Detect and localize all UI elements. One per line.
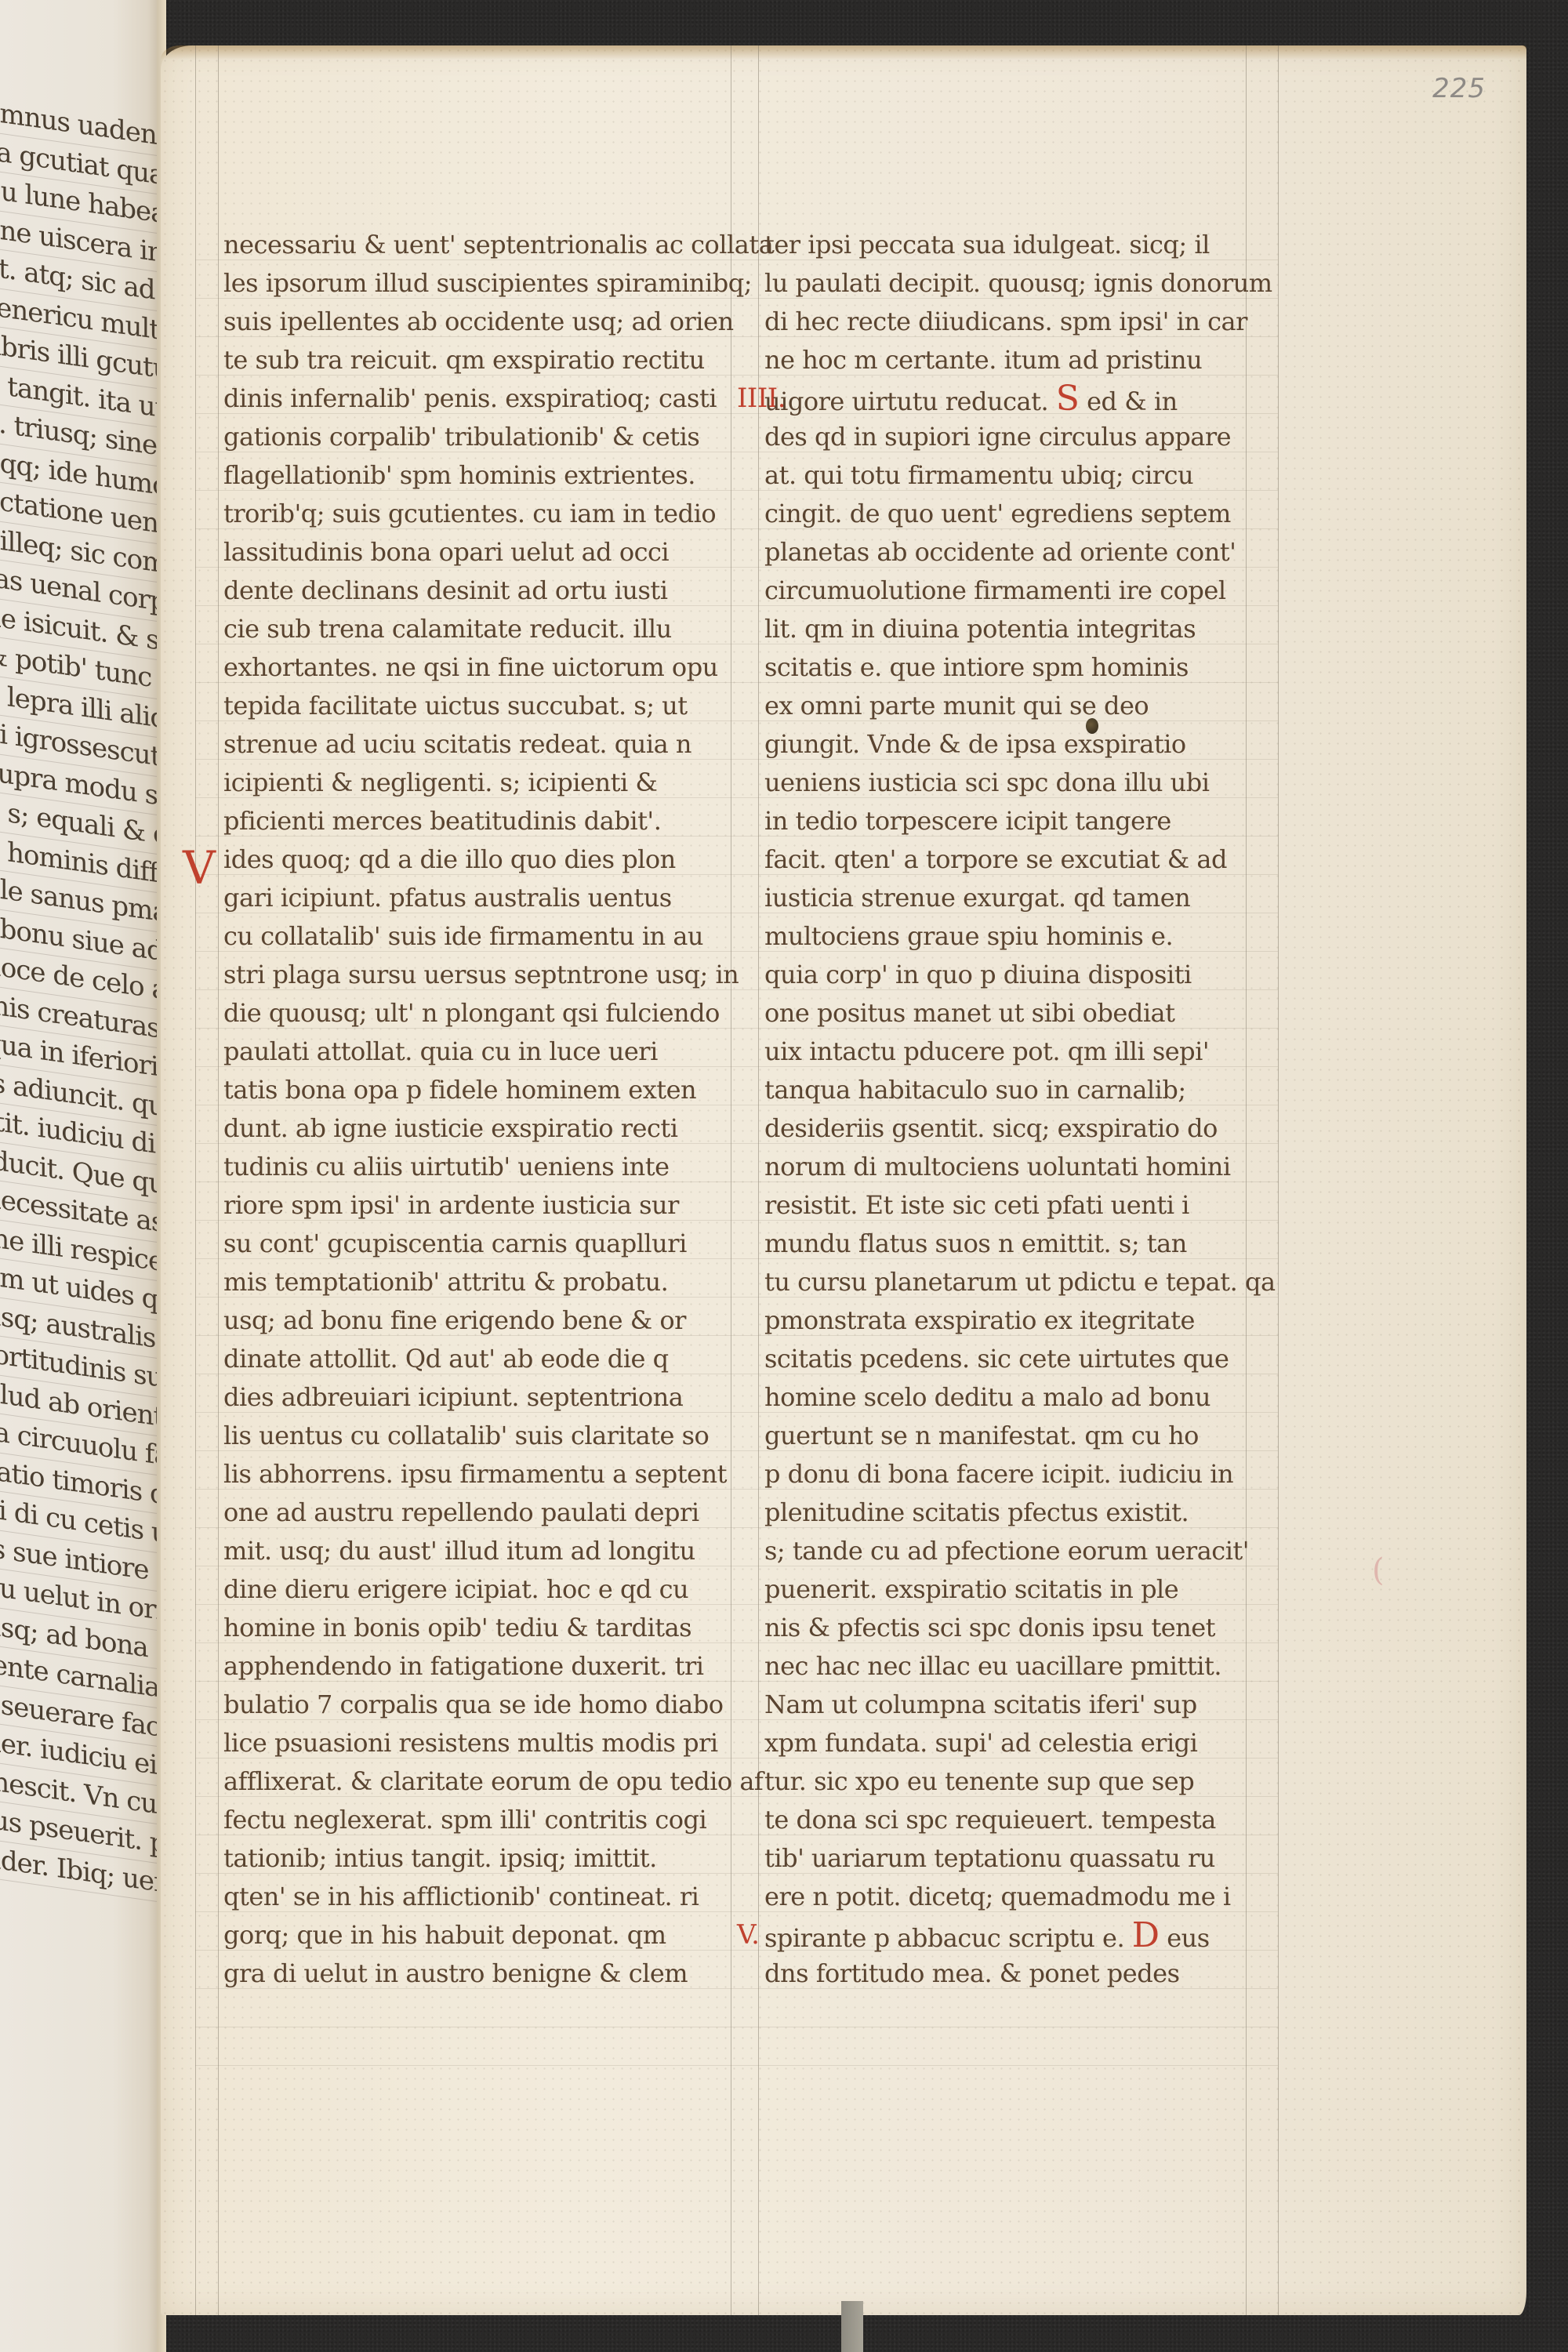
text-line: paulati attollat. quia cu in luce ueri [223,1033,725,1071]
text-line: nis & pfectis sci spc donis ipsu tenet [764,1609,1274,1647]
text-column-right: ter ipsi peccata sua idulgeat. sicq; ill… [764,226,1274,1993]
line-text: dns fortitudo mea. & ponet pedes [764,1958,1180,1988]
text-line: dine dieru erigere icipiat. hoc e qd cu [223,1570,725,1609]
text-line: trorib'q; suis gcutientes. cu iam in ted… [223,495,725,533]
line-text: ex omni parte munit qui se deo [764,691,1149,720]
line-text: mundu flatus suos n emittit. s; tan [764,1229,1187,1258]
text-line: Nam ut columpna scitatis iferi' sup [764,1686,1274,1724]
line-text: tatis bona opa p fidele hominem exten [223,1075,696,1105]
text-line: qten' se in his afflictionib' contineat.… [223,1878,725,1916]
text-line: lit. qm in diuina potentia integritas [764,610,1274,648]
text-line: scitatis e. que intiore spm hominis [764,648,1274,687]
line-text: at. qui totu firmamentu ubiq; circu [764,460,1193,490]
text-line: fectu neglexerat. spm illi' contritis co… [223,1801,725,1839]
text-line: lassitudinis bona opari uelut ad occi [223,533,725,572]
line-text: pmonstrata exspiratio ex itegritate [764,1305,1195,1335]
line-text: plenitudine scitatis pfectus existit. [764,1497,1189,1527]
text-line: tudinis cu aliis uirtutib' ueniens inte [223,1148,725,1186]
text-line: tib' uariarum teptationu quassatu ru [764,1839,1274,1878]
line-text: xpm fundata. supi' ad celestia erigi [764,1728,1197,1758]
text-line: quia corp' in quo p diuina dispositi [764,956,1274,994]
text-line: one positus manet ut sibi obediat [764,994,1274,1033]
line-text: quia corp' in quo p diuina dispositi [764,960,1192,989]
ruling-line [731,45,731,2315]
text-line: dinis infernalib' penis. exspiratioq; ca… [223,379,725,418]
ruling-line [195,2065,1278,2066]
line-text: one positus manet ut sibi obediat [764,998,1174,1028]
text-line: planetas ab occidente ad oriente cont' [764,533,1274,572]
line-text: trorib'q; suis gcutientes. cu iam in ted… [223,499,716,528]
initial-continuation: eus [1160,1923,1210,1953]
line-text: des qd in supiori igne circulus appare [764,422,1231,452]
text-line: ter ipsi peccata sua idulgeat. sicq; il [764,226,1274,264]
text-line: cie sub trena calamitate reducit. illu [223,610,725,648]
line-text: tanqua habitaculo suo in carnalib; [764,1075,1186,1105]
text-line: ne hoc m certante. itum ad pristinu [764,341,1274,379]
line-text: spirante p abbacuc scriptu e. [764,1923,1124,1953]
text-line: spirante p abbacuc scriptu e. D eus [764,1916,1274,1955]
line-text: mis temptationib' attritu & probatu. [223,1267,668,1297]
line-text: su cont' gcupiscentia carnis quaplluri [223,1229,687,1258]
line-text: strenue ad uciu scitatis redeat. quia n [223,729,691,759]
line-text: scitatis e. que intiore spm hominis [764,652,1189,682]
rubric-chapter-number: V. [737,1916,759,1955]
line-text: lit. qm in diuina potentia integritas [764,614,1196,644]
text-column-left: V necessariu & uent' septentrionalis ac … [223,226,725,1993]
line-text: dunt. ab igne iusticie exspiratio recti [223,1113,677,1143]
text-line: te sub tra reicuit. qm exspiratio rectit… [223,341,725,379]
line-text: lis uentus cu collatalib' suis claritate… [223,1421,709,1450]
text-line: flagellationib' spm hominis extrientes. [223,456,725,495]
text-line: afflixerat. & claritate eorum de opu ted… [223,1762,725,1801]
text-line: te dona sci spc requieuert. tempesta [764,1801,1274,1839]
line-text: te sub tra reicuit. qm exspiratio rectit… [223,345,705,375]
line-text: tationib; intius tangit. ipsiq; imittit. [223,1843,657,1873]
text-line: resistit. Et iste sic ceti pfati uenti i [764,1186,1274,1225]
line-text: tu cursu planetarum ut pdictu e tepat. q… [764,1267,1276,1297]
line-text: ne hoc m certante. itum ad pristinu [764,345,1202,375]
line-text: Nam ut columpna scitatis iferi' sup [764,1690,1197,1719]
line-text: tepida facilitate uictus succubat. s; ut [223,691,688,720]
line-text: mit. usq; du aust' illud itum ad longitu [223,1536,695,1566]
line-text: dine dieru erigere icipiat. hoc e qd cu [223,1574,688,1604]
line-text: gari icipiunt. pfatus australis uentus [223,883,672,913]
line-text: les ipsorum illud suscipientes spiramini… [223,268,752,298]
text-line: necessariu & uent' septentrionalis ac co… [223,226,725,264]
text-line: mis temptationib' attritu & probatu. [223,1263,725,1301]
line-text: circumuolutione firmamenti ire copel [764,575,1226,605]
ruling-line [218,45,219,2315]
text-line: giungit. Vnde & de ipsa exspiratio [764,725,1274,764]
text-line: suis ipellentes ab occidente usq; ad ori… [223,303,725,341]
line-text: one ad austru repellendo paulati depri [223,1497,699,1527]
ruling-line [195,2027,1278,2027]
text-line: gorq; que in his habuit deponat. qmV. [223,1916,725,1955]
text-line: cu collatalib' suis ide firmamentu in au [223,917,725,956]
text-line: cingit. de quo uent' egrediens septem [764,495,1274,533]
faint-red-mark: ( [1372,1552,1385,1588]
text-line: plenitudine scitatis pfectus existit. [764,1494,1274,1532]
text-line: usq; ad bonu fine erigendo bene & or [223,1301,725,1340]
line-text: tudinis cu aliis uirtutib' ueniens inte [223,1152,670,1181]
text-line: die quousq; ult' n plongant qsi fulciend… [223,994,725,1033]
line-text: ides quoq; qd a die illo quo dies plon [223,844,676,874]
line-text: necessariu & uent' septentrionalis ac co… [223,230,773,260]
text-line: tationib; intius tangit. ipsiq; imittit. [223,1839,725,1878]
line-text: gorq; que in his habuit deponat. qm [223,1920,666,1950]
line-text: homine in bonis opib' tediu & tarditas [223,1613,691,1642]
text-line: dies adbreuiari icipiunt. septentriona [223,1378,725,1417]
text-line: dinate attollit. Qd aut' ab eode die q [223,1340,725,1378]
line-text: cu collatalib' suis ide firmamentu in au [223,921,703,951]
text-line: apphendendo in fatigatione duxerit. tri [223,1647,725,1686]
text-line: at. qui totu firmamentu ubiq; circu [764,456,1274,495]
text-line: xpm fundata. supi' ad celestia erigi [764,1724,1274,1762]
recto-page: 225 V necessariu & uent' septentrionalis… [161,45,1526,2315]
line-text: s; tande cu ad pfectione eorum ueracit' [764,1536,1249,1566]
line-text: gationis corpalib' tribulationib' & ceti… [223,422,699,452]
initial-continuation: ed & in [1079,387,1177,416]
line-text: uigore uirtutu reducat. [764,387,1048,416]
text-line: guertunt se n manifestat. qm cu ho [764,1417,1274,1455]
line-text: guertunt se n manifestat. qm cu ho [764,1421,1199,1450]
line-text: usq; ad bonu fine erigendo bene & or [223,1305,686,1335]
text-line: tanqua habitaculo suo in carnalib; [764,1071,1274,1109]
text-line: riore spm ipsi' in ardente iusticia sur [223,1186,725,1225]
facing-page-text: omnus uadens pleurisra gcutiat quasi cad… [0,93,161,1904]
text-line: homine in bonis opib' tediu & tarditas [223,1609,725,1647]
text-line: bulatio 7 corpalis qua se ide homo diabo [223,1686,725,1724]
text-line: dunt. ab igne iusticie exspiratio recti [223,1109,725,1148]
text-line: icipienti & negligenti. s; icipienti & [223,764,725,802]
line-text: di hec recte diiudicans. spm ipsi' in ca… [764,307,1247,336]
line-text: uix intactu pducere pot. qm illi sepi' [764,1036,1209,1066]
line-text: homine scelo deditu a malo ad bonu [764,1382,1210,1412]
text-line: tu cursu planetarum ut pdictu e tepat. q… [764,1263,1274,1301]
text-line: gari icipiunt. pfatus australis uentus [223,879,725,917]
text-line: tur. sic xpo eu tenente sup que sep [764,1762,1274,1801]
line-text: riore spm ipsi' in ardente iusticia sur [223,1190,679,1220]
text-line: uigore uirtutu reducat. S ed & in [764,379,1274,418]
text-line: gationis corpalib' tribulationib' & ceti… [223,418,725,456]
text-line: pmonstrata exspiratio ex itegritate [764,1301,1274,1340]
text-line: pficienti merces beatitudinis dabit'. [223,802,725,840]
line-text: dinate attollit. Qd aut' ab eode die q [223,1344,669,1374]
line-text: flagellationib' spm hominis extrientes. [223,460,695,490]
line-text: apphendendo in fatigatione duxerit. tri [223,1651,704,1681]
text-line: facit. qten' a torpore se excutiat & ad [764,840,1274,879]
line-text: ter ipsi peccata sua idulgeat. sicq; il [764,230,1210,260]
line-text: resistit. Et iste sic ceti pfati uenti i [764,1190,1189,1220]
text-line: lu paulati decipit. quousq; ignis donoru… [764,264,1274,303]
text-line: s; tande cu ad pfectione eorum ueracit' [764,1532,1274,1570]
line-text: icipienti & negligenti. s; icipienti & [223,768,657,797]
text-line: ex omni parte munit qui se deo [764,687,1274,725]
text-line: ides quoq; qd a die illo quo dies plon [223,840,725,879]
text-line: exhortantes. ne qsi in fine uictorum opu [223,648,725,687]
line-text: afflixerat. & claritate eorum de opu ted… [223,1766,763,1796]
line-text: bulatio 7 corpalis qua se ide homo diabo [223,1690,723,1719]
line-text: multociens graue spiu hominis e. [764,921,1173,951]
line-text: norum di multociens uoluntati homini [764,1152,1231,1181]
text-line: in tedio torpescere icipit tangere [764,802,1274,840]
line-text: te dona sci spc requieuert. tempesta [764,1805,1216,1835]
bookmark-tab [841,2301,863,2352]
text-line: tepida facilitate uictus succubat. s; ut [223,687,725,725]
text-line: lis abhorrens. ipsu firmamentu a septent [223,1455,725,1494]
line-text: ueniens iusticia sci spc dona illu ubi [764,768,1209,797]
line-text: desideriis gsentit. sicq; exspiratio do [764,1113,1218,1143]
line-text: stri plaga sursu uersus septntrone usq; … [223,960,739,989]
text-line: mit. usq; du aust' illud itum ad longitu [223,1532,725,1570]
rubricated-initial-v: V [183,845,216,891]
text-line: gra di uelut in austro benigne & clem [223,1955,725,1993]
line-text: tur. sic xpo eu tenente sup que sep [764,1766,1194,1796]
text-line: su cont' gcupiscentia carnis quaplluri [223,1225,725,1263]
line-text: cingit. de quo uent' egrediens septem [764,499,1231,528]
folio-number: 225 [1432,73,1486,104]
line-text: p donu di bona facere icipit. iudiciu in [764,1459,1233,1489]
text-line: circumuolutione firmamenti ire copel [764,572,1274,610]
ruling-line [195,45,196,2315]
line-text: qten' se in his afflictionib' contineat.… [223,1882,699,1911]
line-text: fectu neglexerat. spm illi' contritis co… [223,1805,706,1835]
line-text: planetas ab occidente ad oriente cont' [764,537,1236,567]
page-top-edge [161,45,1526,60]
text-line: norum di multociens uoluntati homini [764,1148,1274,1186]
text-line: p donu di bona facere icipit. iudiciu in [764,1455,1274,1494]
line-text: pficienti merces beatitudinis dabit'. [223,806,661,836]
text-line: stri plaga sursu uersus septntrone usq; … [223,956,725,994]
line-text: suis ipellentes ab occidente usq; ad ori… [223,307,734,336]
text-line: des qd in supiori igne circulus appare [764,418,1274,456]
text-line: multociens graue spiu hominis e. [764,917,1274,956]
line-text: gra di uelut in austro benigne & clem [223,1958,688,1988]
text-line: tatis bona opa p fidele hominem exten [223,1071,725,1109]
line-text: puenerit. exspiratio scitatis in ple [764,1574,1178,1604]
text-line: strenue ad uciu scitatis redeat. quia n [223,725,725,764]
line-text: dies adbreuiari icipiunt. septentriona [223,1382,683,1412]
line-text: nec hac nec illac eu uacillare pmittit. [764,1651,1221,1681]
line-text: iusticia strenue exurgat. qd tamen [764,883,1190,913]
line-text: paulati attollat. quia cu in luce ueri [223,1036,658,1066]
line-text: dinis infernalib' penis. exspiratioq; ca… [223,383,717,413]
text-line: dente declinans desinit ad ortu iusti [223,572,725,610]
text-line: lis uentus cu collatalib' suis claritate… [223,1417,725,1455]
text-line: scitatis pcedens. sic cete uirtutes que [764,1340,1274,1378]
line-text: ere n potit. dicetq; quemadmodu me i [764,1882,1231,1911]
line-text: lu paulati decipit. quousq; ignis donoru… [764,268,1272,298]
text-line: nec hac nec illac eu uacillare pmittit. [764,1647,1274,1686]
facing-verso-page: omnus uadens pleurisra gcutiat quasi cad… [0,0,161,2352]
text-line: uix intactu pducere pot. qm illi sepi' [764,1033,1274,1071]
text-line: ere n potit. dicetq; quemadmodu me i [764,1878,1274,1916]
line-text: lassitudinis bona opari uelut ad occi [223,537,669,567]
text-line: homine scelo deditu a malo ad bonu [764,1378,1274,1417]
text-line: mundu flatus suos n emittit. s; tan [764,1225,1274,1263]
text-line: puenerit. exspiratio scitatis in ple [764,1570,1274,1609]
text-line: dns fortitudo mea. & ponet pedes [764,1955,1274,1993]
line-text: lice psuasioni resistens multis modis pr… [223,1728,718,1758]
line-text: lis abhorrens. ipsu firmamentu a septent [223,1459,727,1489]
line-text: die quousq; ult' n plongant qsi fulciend… [223,998,720,1028]
line-text: scitatis pcedens. sic cete uirtutes que [764,1344,1229,1374]
line-text: in tedio torpescere icipit tangere [764,806,1171,836]
text-line: les ipsorum illud suscipientes spiramini… [223,264,725,303]
text-line: di hec recte diiudicans. spm ipsi' in ca… [764,303,1274,341]
text-line: iusticia strenue exurgat. qd tamen [764,879,1274,917]
text-line: ueniens iusticia sci spc dona illu ubi [764,764,1274,802]
rubricated-initial-s: S [1056,379,1080,419]
line-text: exhortantes. ne qsi in fine uictorum opu [223,652,718,682]
rubricated-initial-d: D [1132,1915,1160,1955]
text-line: one ad austru repellendo paulati depri [223,1494,725,1532]
line-text: tib' uariarum teptationu quassatu ru [764,1843,1215,1873]
line-text: facit. qten' a torpore se excutiat & ad [764,844,1227,874]
text-line: desideriis gsentit. sicq; exspiratio do [764,1109,1274,1148]
text-line: lice psuasioni resistens multis modis pr… [223,1724,725,1762]
line-text: cie sub trena calamitate reducit. illu [223,614,672,644]
line-text: giungit. Vnde & de ipsa exspiratio [764,729,1186,759]
ruling-line [1278,45,1279,2315]
line-text: dente declinans desinit ad ortu iusti [223,575,667,605]
line-text: nis & pfectis sci spc donis ipsu tenet [764,1613,1215,1642]
parchment-hole [1086,718,1098,734]
